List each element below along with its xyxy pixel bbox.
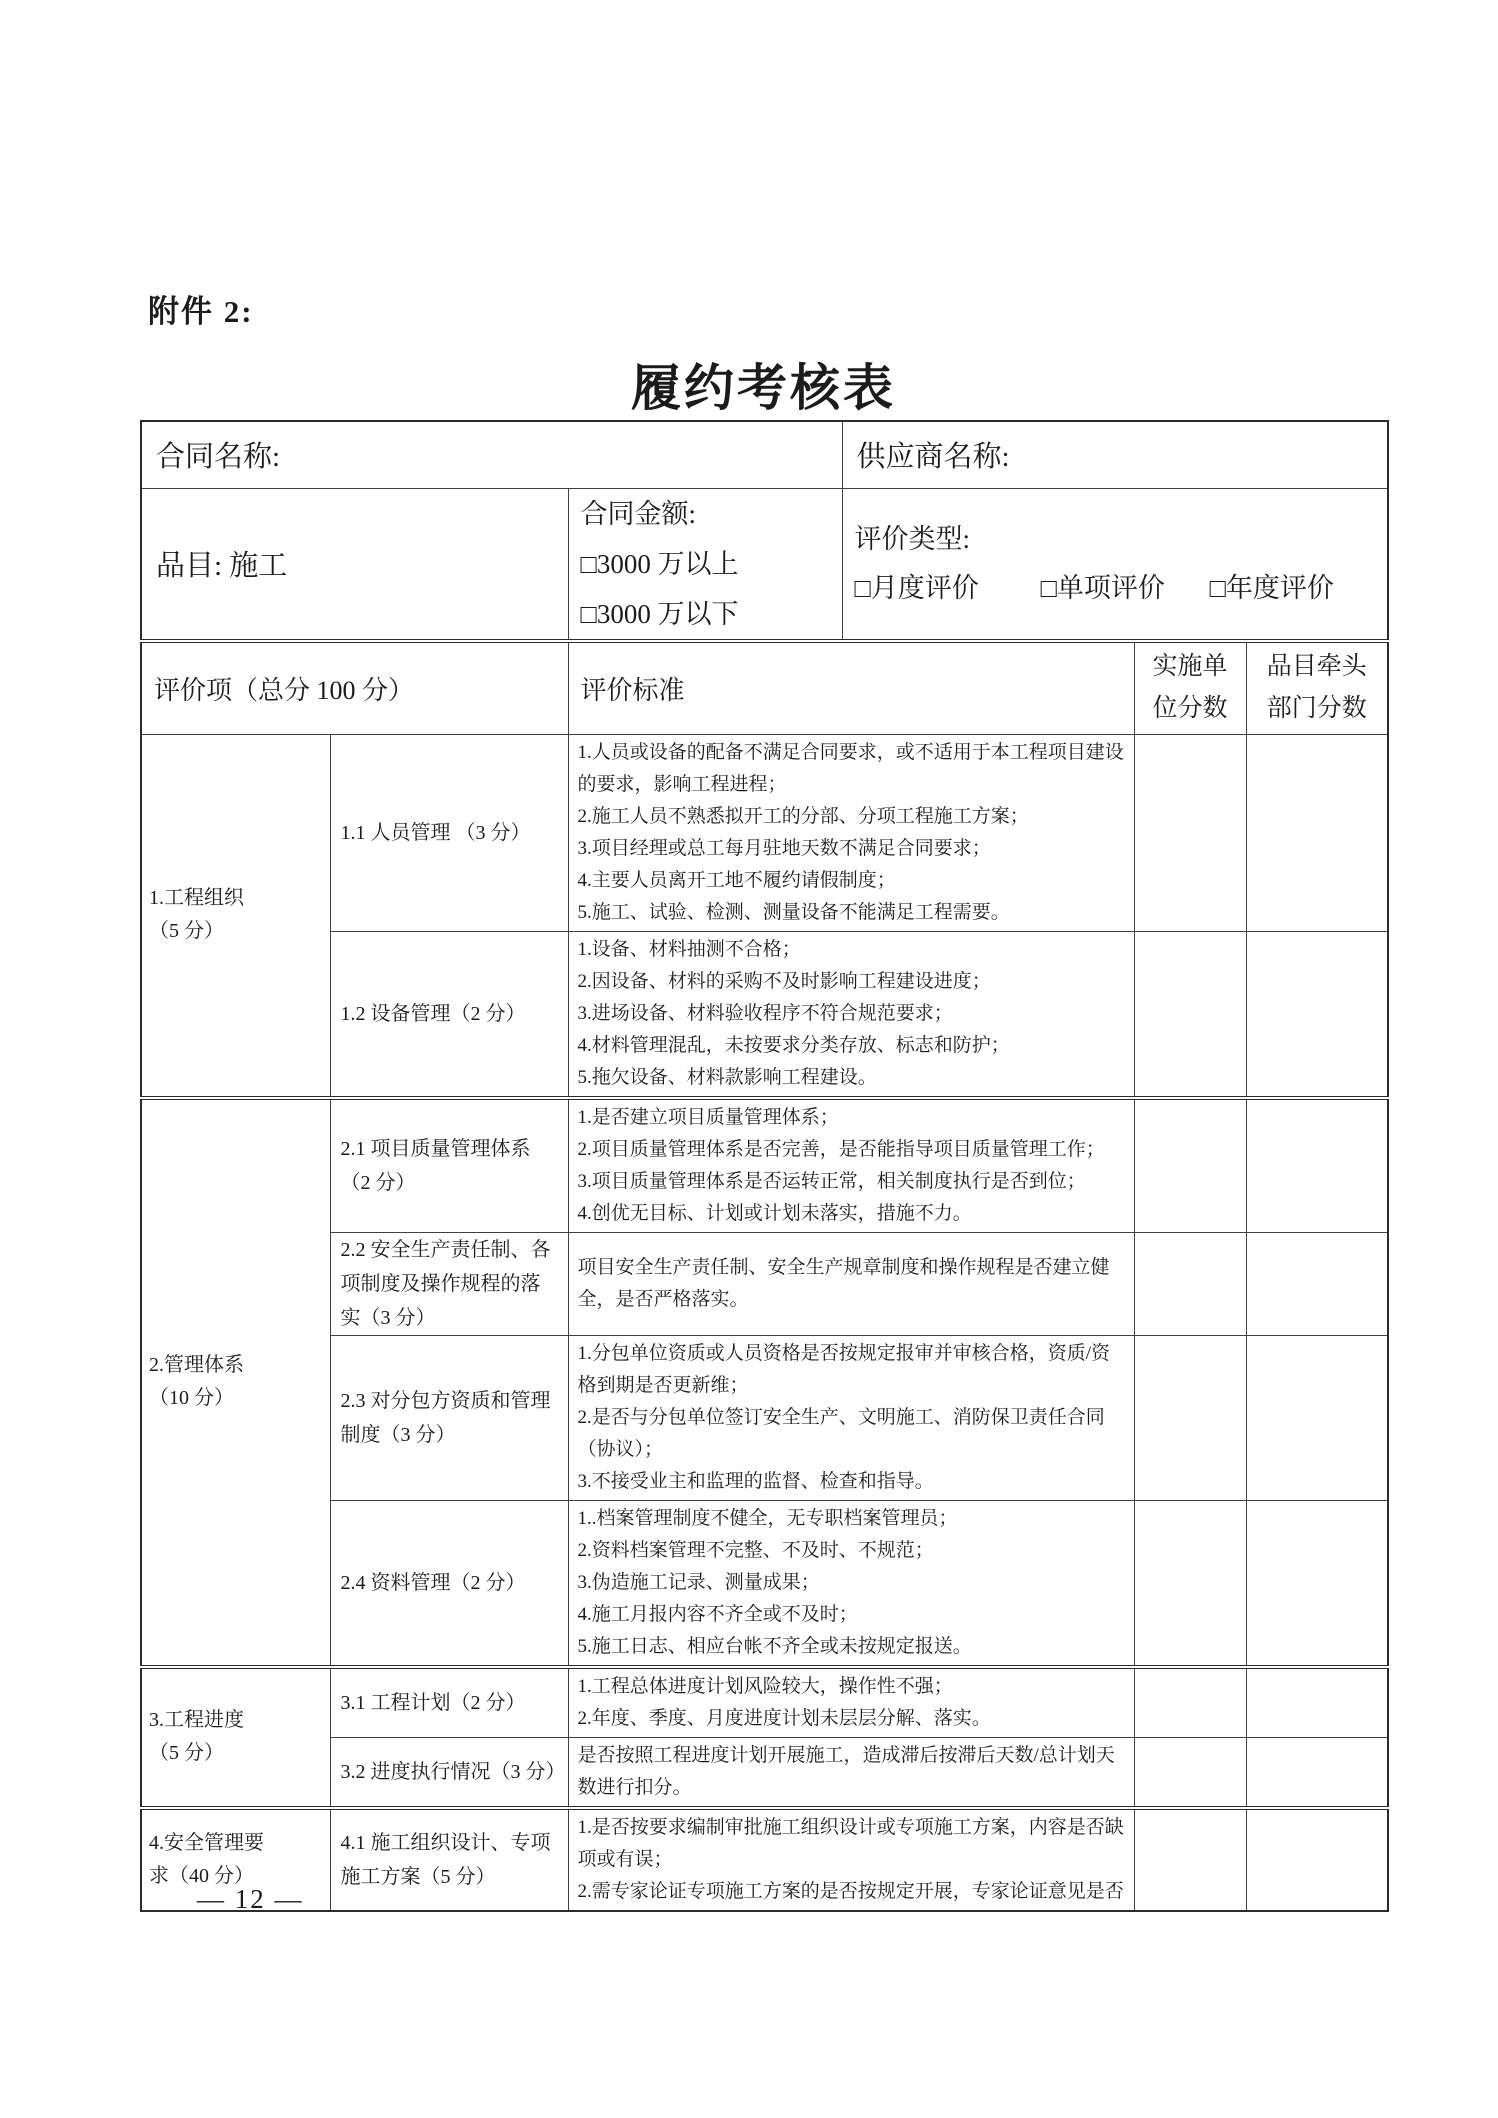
contract-name-cell: 合同名称:	[141, 421, 842, 488]
category-cell-3: 3.工程进度 （5 分）	[141, 1667, 330, 1808]
item-cell: 品目: 施工	[141, 488, 568, 641]
document-page: 附件 2: 履约考核表 合同名称: 供应商名称: 品目: 施工 合同金额: □3…	[0, 0, 1498, 2118]
lead-score-cell	[1246, 1737, 1388, 1808]
amount-option-under-30m: □3000 万以下	[581, 589, 834, 639]
eval-option-label: 单项评价	[1057, 573, 1165, 603]
checkbox-icon: □	[1210, 573, 1226, 603]
subitem-label-1-2: 1.2 设备管理（2 分）	[330, 931, 568, 1098]
impl-score-cell	[1134, 734, 1246, 931]
eval-type-cell: 评价类型: □月度评价 □单项评价 □年度评价	[842, 488, 1388, 641]
eval-option-monthly: □月度评价	[855, 573, 979, 603]
contract-amount-label: 合同金额:	[581, 489, 834, 539]
lead-score-cell	[1246, 1500, 1388, 1667]
criteria-cell-4-1: 1.是否按要求编制审批施工组织设计或专项施工方案，内容是否缺项或有误； 2.需专…	[568, 1808, 1134, 1911]
amount-option-label: 3000 万以上	[597, 549, 739, 579]
contract-amount-cell: 合同金额: □3000 万以上 □3000 万以下	[568, 488, 842, 641]
table-row-4-1: 4.安全管理要 求（40 分） 4.1 施工组织设计、专项 施工方案（5 分） …	[141, 1808, 1388, 1911]
impl-score-cell	[1134, 1500, 1246, 1667]
criteria-cell-2-2: 项目安全生产责任制、安全生产规章制度和操作规程是否建立健全，是否严格落实。	[568, 1232, 1134, 1335]
criteria-cell-2-1: 1.是否建立项目质量管理体系； 2.项目质量管理体系是否完善，是否能指导项目质量…	[568, 1098, 1134, 1233]
page-number: — 12 —	[197, 1884, 304, 1915]
lead-score-cell	[1246, 931, 1388, 1098]
table-row-contract: 合同名称: 供应商名称:	[141, 421, 1388, 488]
criteria-cell-1-2: 1.设备、材料抽测不合格； 2.因设备、材料的采购不及时影响工程建设进度； 3.…	[568, 931, 1134, 1098]
lead-score-cell	[1246, 1232, 1388, 1335]
impl-score-cell	[1134, 1232, 1246, 1335]
eval-type-options: □月度评价 □单项评价 □年度评价	[855, 564, 1380, 613]
criteria-cell-2-4: 1..档案管理制度不健全，无专职档案管理员； 2.资料档案管理不完整、不及时、不…	[568, 1500, 1134, 1667]
impl-score-cell	[1134, 1098, 1246, 1233]
eval-option-single: □单项评价	[1041, 573, 1165, 603]
criteria-cell-3-1: 1.工程总体进度计划风险较大，操作性不强； 2.年度、季度、月度进度计划未层层分…	[568, 1667, 1134, 1738]
impl-score-cell	[1134, 931, 1246, 1098]
impl-score-cell	[1134, 1335, 1246, 1500]
supplier-name-cell: 供应商名称:	[842, 421, 1388, 488]
lead-score-cell	[1246, 1808, 1388, 1911]
lead-score-cell	[1246, 1098, 1388, 1233]
table-row-2-1: 2.管理体系 （10 分） 2.1 项目质量管理体系 （2 分） 1.是否建立项…	[141, 1098, 1388, 1233]
impl-score-cell	[1134, 1808, 1246, 1911]
amount-option-label: 3000 万以下	[597, 599, 739, 629]
header-eval-standard: 评价标准	[568, 641, 1134, 734]
checkbox-icon: □	[581, 599, 597, 629]
lead-score-cell	[1246, 734, 1388, 931]
category-cell-2: 2.管理体系 （10 分）	[141, 1098, 330, 1667]
lead-score-cell	[1246, 1667, 1388, 1738]
subitem-label-4-1: 4.1 施工组织设计、专项 施工方案（5 分）	[330, 1808, 568, 1911]
subitem-label-1-1: 1.1 人员管理 （3 分）	[330, 734, 568, 931]
lead-score-cell	[1246, 1335, 1388, 1500]
impl-score-cell	[1134, 1737, 1246, 1808]
subitem-label-2-2: 2.2 安全生产责任制、各 项制度及操作规程的落 实（3 分）	[330, 1232, 568, 1335]
eval-option-annual: □年度评价	[1210, 573, 1334, 603]
attachment-label: 附件 2:	[148, 286, 254, 331]
header-eval-item: 评价项（总分 100 分）	[141, 641, 568, 734]
subitem-label-3-1: 3.1 工程计划（2 分）	[330, 1667, 568, 1738]
header-impl-score: 实施单 位分数	[1134, 641, 1246, 734]
eval-type-label: 评价类型:	[855, 515, 1380, 564]
subitem-label-2-1: 2.1 项目质量管理体系 （2 分）	[330, 1098, 568, 1233]
table-row-3-1: 3.工程进度 （5 分） 3.1 工程计划（2 分） 1.工程总体进度计划风险较…	[141, 1667, 1388, 1738]
assessment-table: 合同名称: 供应商名称: 品目: 施工 合同金额: □3000 万以上 □300…	[140, 420, 1389, 1912]
checkbox-icon: □	[1041, 573, 1057, 603]
table-header-row: 评价项（总分 100 分） 评价标准 实施单 位分数 品目牵头 部门分数	[141, 641, 1388, 734]
criteria-cell-1-1: 1.人员或设备的配备不满足合同要求，或不适用于本工程项目建设的要求，影响工程进程…	[568, 734, 1134, 931]
impl-score-cell	[1134, 1667, 1246, 1738]
amount-option-over-30m: □3000 万以上	[581, 539, 834, 589]
checkbox-icon: □	[855, 573, 871, 603]
category-cell-1: 1.工程组织 （5 分）	[141, 734, 330, 1098]
header-lead-score: 品目牵头 部门分数	[1246, 641, 1388, 734]
criteria-cell-3-2: 是否按照工程进度计划开展施工，造成滞后按滞后天数/总计划天数进行扣分。	[568, 1737, 1134, 1808]
page-title: 履约考核表	[140, 348, 1387, 420]
eval-option-label: 月度评价	[871, 573, 979, 603]
subitem-label-2-3: 2.3 对分包方资质和管理 制度（3 分）	[330, 1335, 568, 1500]
criteria-cell-2-3: 1.分包单位资质或人员资格是否按规定报审并审核合格，资质/资格到期是否更新维； …	[568, 1335, 1134, 1500]
table-row-1-1: 1.工程组织 （5 分） 1.1 人员管理 （3 分） 1.人员或设备的配备不满…	[141, 734, 1388, 931]
subitem-label-3-2: 3.2 进度执行情况（3 分）	[330, 1737, 568, 1808]
eval-option-label: 年度评价	[1226, 573, 1334, 603]
table-row-item: 品目: 施工 合同金额: □3000 万以上 □3000 万以下 评价类型: □…	[141, 488, 1388, 641]
checkbox-icon: □	[581, 549, 597, 579]
subitem-label-2-4: 2.4 资料管理（2 分）	[330, 1500, 568, 1667]
